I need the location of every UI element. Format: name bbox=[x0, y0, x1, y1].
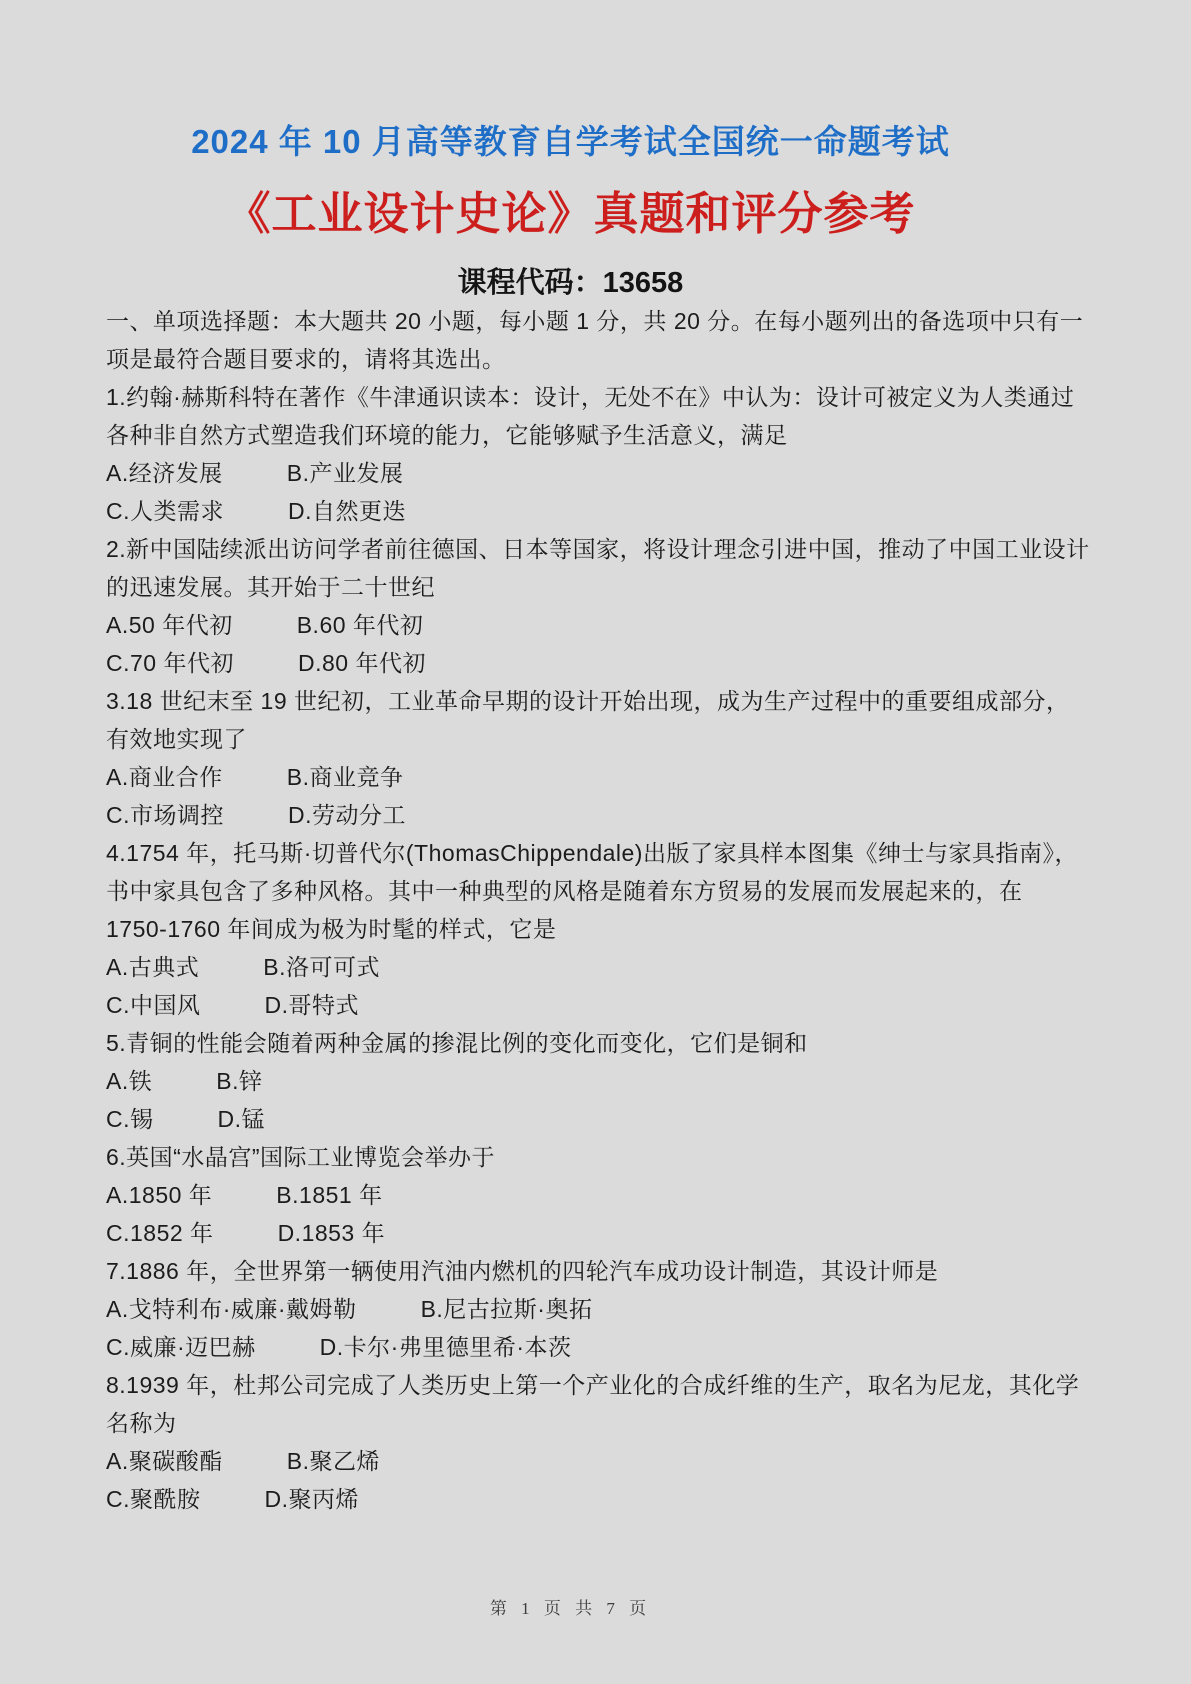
option-b: B.产业发展 bbox=[287, 454, 404, 492]
option-row: C.市场调控D.劳动分工 bbox=[106, 796, 1035, 834]
option-b: B.锌 bbox=[216, 1062, 262, 1100]
option-b: B.60 年代初 bbox=[297, 606, 424, 644]
option-b: D.聚丙烯 bbox=[265, 1480, 360, 1518]
option-row: A.1850 年B.1851 年 bbox=[106, 1176, 1035, 1214]
question-line: 6.英国“水晶宫”国际工业博览会举办于 bbox=[106, 1138, 1035, 1176]
option-row: C.1852 年D.1853 年 bbox=[106, 1214, 1035, 1252]
option-row: C.聚酰胺D.聚丙烯 bbox=[106, 1480, 1035, 1518]
option-b: D.锰 bbox=[218, 1100, 266, 1138]
question-line: 有效地实现了 bbox=[106, 720, 1035, 758]
option-b: D.1853 年 bbox=[278, 1214, 386, 1252]
option-row: C.人类需求D.自然更迭 bbox=[106, 492, 1035, 530]
question-line: 的迅速发展。其开始于二十世纪 bbox=[106, 568, 1035, 606]
question-line: 1750-1760 年间成为极为时髦的样式，它是 bbox=[106, 910, 1035, 948]
option-a: A.1850 年 bbox=[106, 1176, 212, 1214]
question-line: 项是最符合题目要求的，请将其选出。 bbox=[106, 340, 1035, 378]
option-a: A.铁 bbox=[106, 1062, 152, 1100]
option-a: C.锡 bbox=[106, 1100, 154, 1138]
question-line: 书中家具包含了多种风格。其中一种典型的风格是随着东方贸易的发展而发展起来的，在 bbox=[106, 872, 1035, 910]
exam-page: 2024 年 10 月高等教育自学考试全国统一命题考试 《工业设计史论》真题和评… bbox=[106, 0, 1035, 1684]
option-row: C.中国风D.哥特式 bbox=[106, 986, 1035, 1024]
option-b: D.80 年代初 bbox=[298, 644, 426, 682]
question-line: 3.18 世纪末至 19 世纪初，工业革命早期的设计开始出现，成为生产过程中的重… bbox=[106, 682, 1035, 720]
option-row: C.威廉·迈巴赫D.卡尔·弗里德里希·本茨 bbox=[106, 1328, 1035, 1366]
option-row: A.50 年代初B.60 年代初 bbox=[106, 606, 1035, 644]
course-code: 课程代码：13658 bbox=[106, 260, 1035, 301]
option-a: A.聚碳酸酯 bbox=[106, 1442, 223, 1480]
option-b: B.商业竞争 bbox=[287, 758, 404, 796]
question-line: 4.1754 年，托马斯·切普代尔(ThomasChippendale)出版了家… bbox=[106, 834, 1035, 872]
option-a: C.中国风 bbox=[106, 986, 201, 1024]
question-line: 8.1939 年，杜邦公司完成了人类历史上第一个产业化的合成纤维的生产，取名为尼… bbox=[106, 1366, 1035, 1404]
option-row: A.铁B.锌 bbox=[106, 1062, 1035, 1100]
option-a: A.50 年代初 bbox=[106, 606, 233, 644]
exam-session-title: 2024 年 10 月高等教育自学考试全国统一命题考试 bbox=[106, 0, 1035, 163]
option-a: C.聚酰胺 bbox=[106, 1480, 201, 1518]
option-b: B.聚乙烯 bbox=[287, 1442, 380, 1480]
header: 2024 年 10 月高等教育自学考试全国统一命题考试 《工业设计史论》真题和评… bbox=[106, 0, 1035, 301]
option-a: C.市场调控 bbox=[106, 796, 224, 834]
option-a: A.古典式 bbox=[106, 948, 199, 986]
option-a: C.1852 年 bbox=[106, 1214, 214, 1252]
question-line: 一、单项选择题：本大题共 20 小题，每小题 1 分，共 20 分。在每小题列出… bbox=[106, 302, 1035, 340]
option-b: D.哥特式 bbox=[265, 986, 360, 1024]
option-row: C.70 年代初D.80 年代初 bbox=[106, 644, 1035, 682]
option-row: A.戈特利布·威廉·戴姆勒B.尼古拉斯·奥拓 bbox=[106, 1290, 1035, 1328]
option-a: A.戈特利布·威廉·戴姆勒 bbox=[106, 1290, 357, 1328]
option-row: A.商业合作B.商业竞争 bbox=[106, 758, 1035, 796]
exam-subject-title: 《工业设计史论》真题和评分参考 bbox=[106, 177, 1035, 242]
option-b: D.劳动分工 bbox=[288, 796, 406, 834]
option-row: A.古典式B.洛可可式 bbox=[106, 948, 1035, 986]
option-b: B.1851 年 bbox=[276, 1176, 382, 1214]
option-a: A.经济发展 bbox=[106, 454, 223, 492]
question-line: 1.约翰·赫斯科特在著作《牛津通识读本：设计，无处不在》中认为：设计可被定义为人… bbox=[106, 378, 1035, 416]
option-row: C.锡D.锰 bbox=[106, 1100, 1035, 1138]
question-list: 一、单项选择题：本大题共 20 小题，每小题 1 分，共 20 分。在每小题列出… bbox=[106, 302, 1035, 1518]
option-b: B.洛可可式 bbox=[263, 948, 380, 986]
option-b: D.自然更迭 bbox=[288, 492, 406, 530]
option-a: C.70 年代初 bbox=[106, 644, 234, 682]
option-row: A.聚碳酸酯B.聚乙烯 bbox=[106, 1442, 1035, 1480]
question-line: 5.青铜的性能会随着两种金属的掺混比例的变化而变化，它们是铜和 bbox=[106, 1024, 1035, 1062]
question-line: 各种非自然方式塑造我们环境的能力，它能够赋予生活意义，满足 bbox=[106, 416, 1035, 454]
question-line: 名称为 bbox=[106, 1404, 1035, 1442]
page-number-footer: 第 1 页 共 7 页 bbox=[106, 1594, 1035, 1619]
option-b: D.卡尔·弗里德里希·本茨 bbox=[320, 1328, 572, 1366]
option-a: C.威廉·迈巴赫 bbox=[106, 1328, 256, 1366]
option-a: A.商业合作 bbox=[106, 758, 223, 796]
question-line: 7.1886 年，全世界第一辆使用汽油内燃机的四轮汽车成功设计制造，其设计师是 bbox=[106, 1252, 1035, 1290]
option-a: C.人类需求 bbox=[106, 492, 224, 530]
option-row: A.经济发展B.产业发展 bbox=[106, 454, 1035, 492]
option-b: B.尼古拉斯·奥拓 bbox=[421, 1290, 593, 1328]
question-line: 2.新中国陆续派出访问学者前往德国、日本等国家，将设计理念引进中国，推动了中国工… bbox=[106, 530, 1035, 568]
